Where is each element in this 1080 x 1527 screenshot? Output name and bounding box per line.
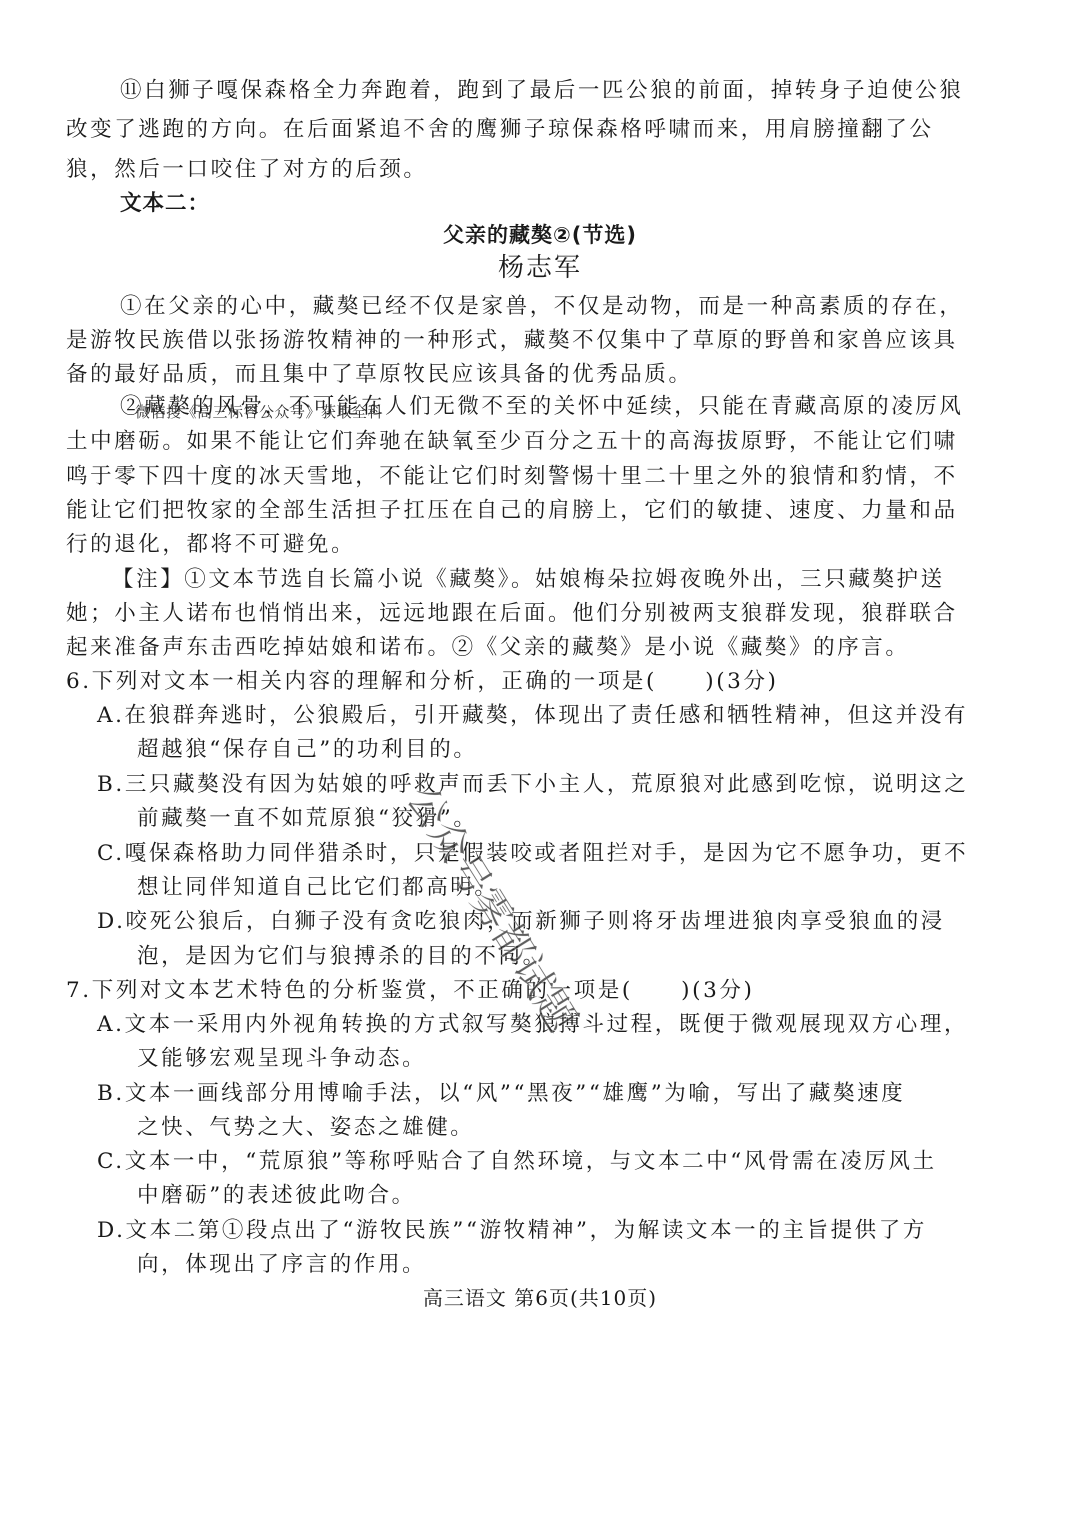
question-7-option-b-line-2: 之快、气势之大、姿态之雄健。 (137, 1111, 1080, 1145)
question-6-option-d-line-1: D.咬死公狼后，白狮子没有贪吃狼肉，而新狮子则将牙齿埋进狼肉享受狼血的浸 (97, 905, 1080, 939)
note-line-2: 她；小主人诺布也悄悄出来，远远地跟在后面。他们分别被两支狼群发现，狼群联合 (66, 597, 1080, 631)
paragraph-2-line-3: 鸣于零下四十度的冰天雪地，不能让它们时刻警惕十里二十里之外的狼情和豹情，不 (66, 460, 1080, 494)
paragraph-1-line-2: 是游牧民族借以张扬游牧精神的一种形式，藏獒不仅集中了草原的野兽和家兽应该具 (66, 324, 1080, 358)
question-7-option-c-line-1: C.文本一中，“荒原狼”等称呼贴合了自然环境，与文本二中“风骨需在凌厉风土 (97, 1145, 1080, 1179)
article-author: 杨志军 (0, 251, 1080, 285)
question-7-option-b-line-1: B.文本一画线部分用博喻手法，以“风”“黑夜”“雄鹰”为喻，写出了藏獒速度 (97, 1077, 1080, 1111)
paragraph-2-line-5: 行的退化，都将不可避免。 (66, 528, 1080, 562)
text-two-label: 文本二： (120, 187, 1080, 221)
paragraph-2-line-2: 土中磨砺。如果不能让它们奔驰在缺氧至少百分之五十的高海拔原野，不能让它们啸 (66, 425, 1080, 459)
question-6-option-d-line-2: 泡，是因为它们与狼搏杀的目的不同。 (137, 940, 1080, 974)
question-6-option-a-line-2: 超越狼“保存自己”的功利目的。 (137, 733, 1080, 767)
paragraph-1-line-3: 备的最好品质，而且集中了草原牧民应该具备的优秀品质。 (66, 358, 1080, 392)
question-6-option-c-line-1: C.嘎保森格助力同伴猎杀时，只是假装咬或者阻拦对手，是因为它不愿争功，更不 (97, 837, 1080, 871)
page-footer: 高三语文 第6页(共10页) (0, 1281, 1080, 1315)
question-7-option-a-line-2: 又能够宏观呈现斗争动态。 (137, 1042, 1080, 1076)
paragraph-11-line-3: 狼，然后一口咬住了对方的后颈。 (66, 153, 1080, 187)
overlay-note: 微信搜《高三标答公众号》获取全科 (135, 403, 383, 421)
question-6-option-b-line-1: B.三只藏獒没有因为姑娘的呼救声而丢下小主人，荒原狼对此感到吃惊，说明这之 (97, 768, 1080, 802)
article-title: 父亲的藏獒②(节选) (0, 218, 1080, 252)
paragraph-11-line-1: ⑪白狮子嘎保森格全力奔跑着，跑到了最后一匹公狼的前面，掉转身子迫使公狼 (120, 74, 1080, 108)
question-7-option-d-line-1: D.文本二第①段点出了“游牧民族”“游牧精神”，为解读文本一的主旨提供了方 (97, 1214, 1080, 1248)
question-6-stem: 6.下列对文本一相关内容的理解和分析，正确的一项是( )(3分) (66, 665, 1080, 699)
paragraph-11-line-2: 改变了逃跑的方向。在后面紧追不舍的鹰狮子琼保森格呼啸而来，用肩膀撞翻了公 (66, 113, 1080, 147)
question-7-option-c-line-2: 中磨砺”的表述彼此吻合。 (137, 1179, 1080, 1213)
note-line-1: 【注】①文本节选自长篇小说《藏獒》。姑娘梅朵拉姆夜晚外出，三只藏獒护送 (112, 563, 1080, 597)
paragraph-2-line-4: 能让它们把牧家的全部生活担子扛压在自己的肩膀上，它们的敏捷、速度、力量和品 (66, 494, 1080, 528)
question-7-option-d-line-2: 向，体现出了序言的作用。 (137, 1248, 1080, 1282)
question-6-option-c-line-2: 想让同伴知道自己比它们都高明。 (137, 871, 1080, 905)
exam-page: ⑪白狮子嘎保森格全力奔跑着，跑到了最后一匹公狼的前面，掉转身子迫使公狼 改变了逃… (0, 0, 1080, 1527)
paragraph-1-line-1: ①在父亲的心中，藏獒已经不仅是家兽，不仅是动物，而是一种高素质的存在， (120, 290, 1080, 324)
note-line-3: 起来准备声东击西吃掉姑娘和诺布。②《父亲的藏獒》是小说《藏獒》的序言。 (66, 631, 1080, 665)
question-6-option-a-line-1: A.在狼群奔逃时，公狼殿后，引开藏獒，体现出了责任感和牺牲精神，但这并没有 (97, 699, 1080, 733)
question-6-option-b-line-2: 前藏獒一直不如荒原狼“狡猾”。 (137, 802, 1080, 836)
